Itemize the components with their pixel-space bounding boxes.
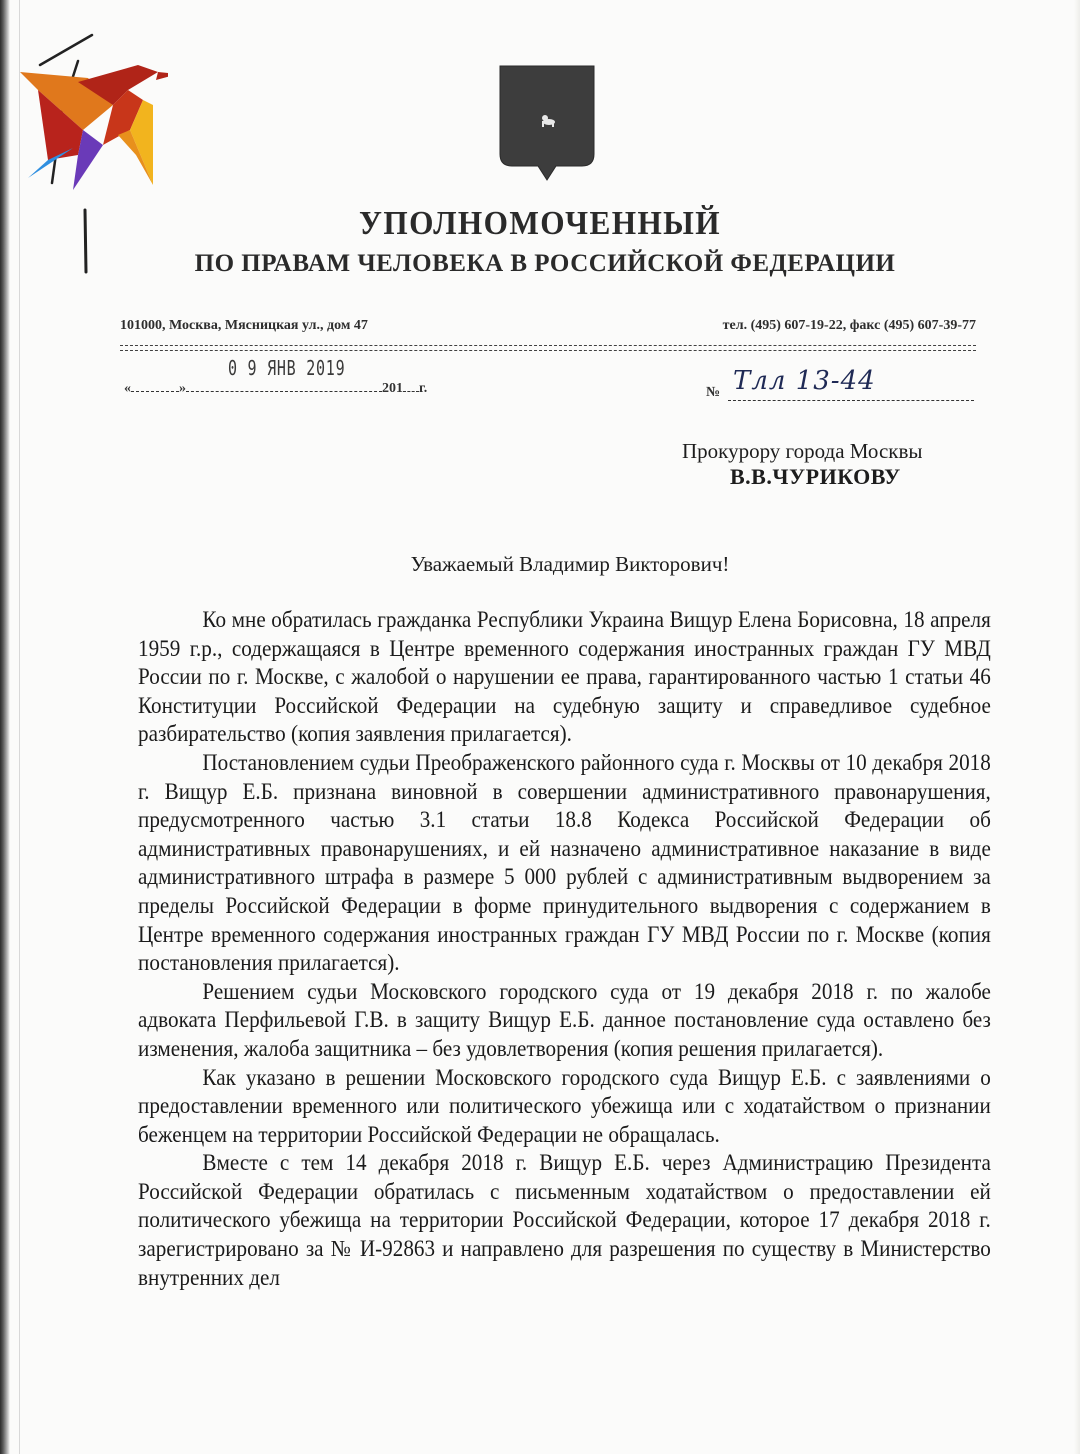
day-blank: [131, 381, 179, 392]
org-subtitle: ПО ПРАВАМ ЧЕЛОВЕКА В РОССИЙСКОЙ ФЕДЕРАЦИ…: [5, 250, 1080, 278]
paragraph: Ко мне обратилась гражданка Республики У…: [138, 606, 991, 749]
date-open-quote: «: [124, 381, 131, 396]
paragraph: Как указано в решении Московского городс…: [138, 1064, 991, 1150]
registration-number: Тлл 13-44: [733, 366, 876, 396]
scan-edge-line: [19, 0, 20, 1454]
org-title: УПОЛНОМОЧЕННЫЙ: [43, 205, 1037, 243]
year-suffix: г.: [419, 381, 427, 396]
org-contacts: тел. (495) 607-19-22, факс (495) 607-39-…: [723, 318, 976, 334]
paragraph: Вместе с тем 14 декабря 2018 г. Вищур Е.…: [138, 1149, 991, 1292]
month-blank: [186, 381, 382, 392]
header-divider-bottom: [120, 350, 976, 352]
swallow-bird-logo-icon: [18, 60, 168, 210]
year-prefix: 201: [382, 381, 403, 396]
paragraph: Решением судьи Московского городского су…: [138, 978, 991, 1064]
header-divider-top: [120, 345, 976, 347]
page-right-edge: [1074, 0, 1080, 1454]
year-blank: [403, 381, 419, 392]
paragraph: Постановлением судьи Преображенского рай…: [138, 749, 991, 978]
date-close-quote: »: [179, 381, 186, 396]
number-label: №: [706, 385, 720, 401]
scan-edge-shadow: [0, 0, 10, 1454]
date-field: «»201г.: [124, 381, 427, 397]
addressee-name: В.В.ЧУРИКОВУ: [682, 464, 923, 490]
registration-date-stamp: 0 9 ЯНВ 2019: [228, 356, 345, 380]
letter-body: Ко мне обратилась гражданка Республики У…: [138, 606, 991, 1292]
addressee-position: Прокурору города Москвы: [682, 439, 923, 463]
org-address: 101000, Москва, Мясницкая ул., дом 47: [120, 318, 368, 334]
coat-of-arms-shield-icon: [498, 64, 596, 182]
salutation: Уважаемый Владимир Викторович!: [0, 552, 1080, 577]
number-underline: [728, 400, 974, 401]
addressee-block: Прокурору города Москвы В.В.ЧУРИКОВУ: [682, 438, 923, 490]
